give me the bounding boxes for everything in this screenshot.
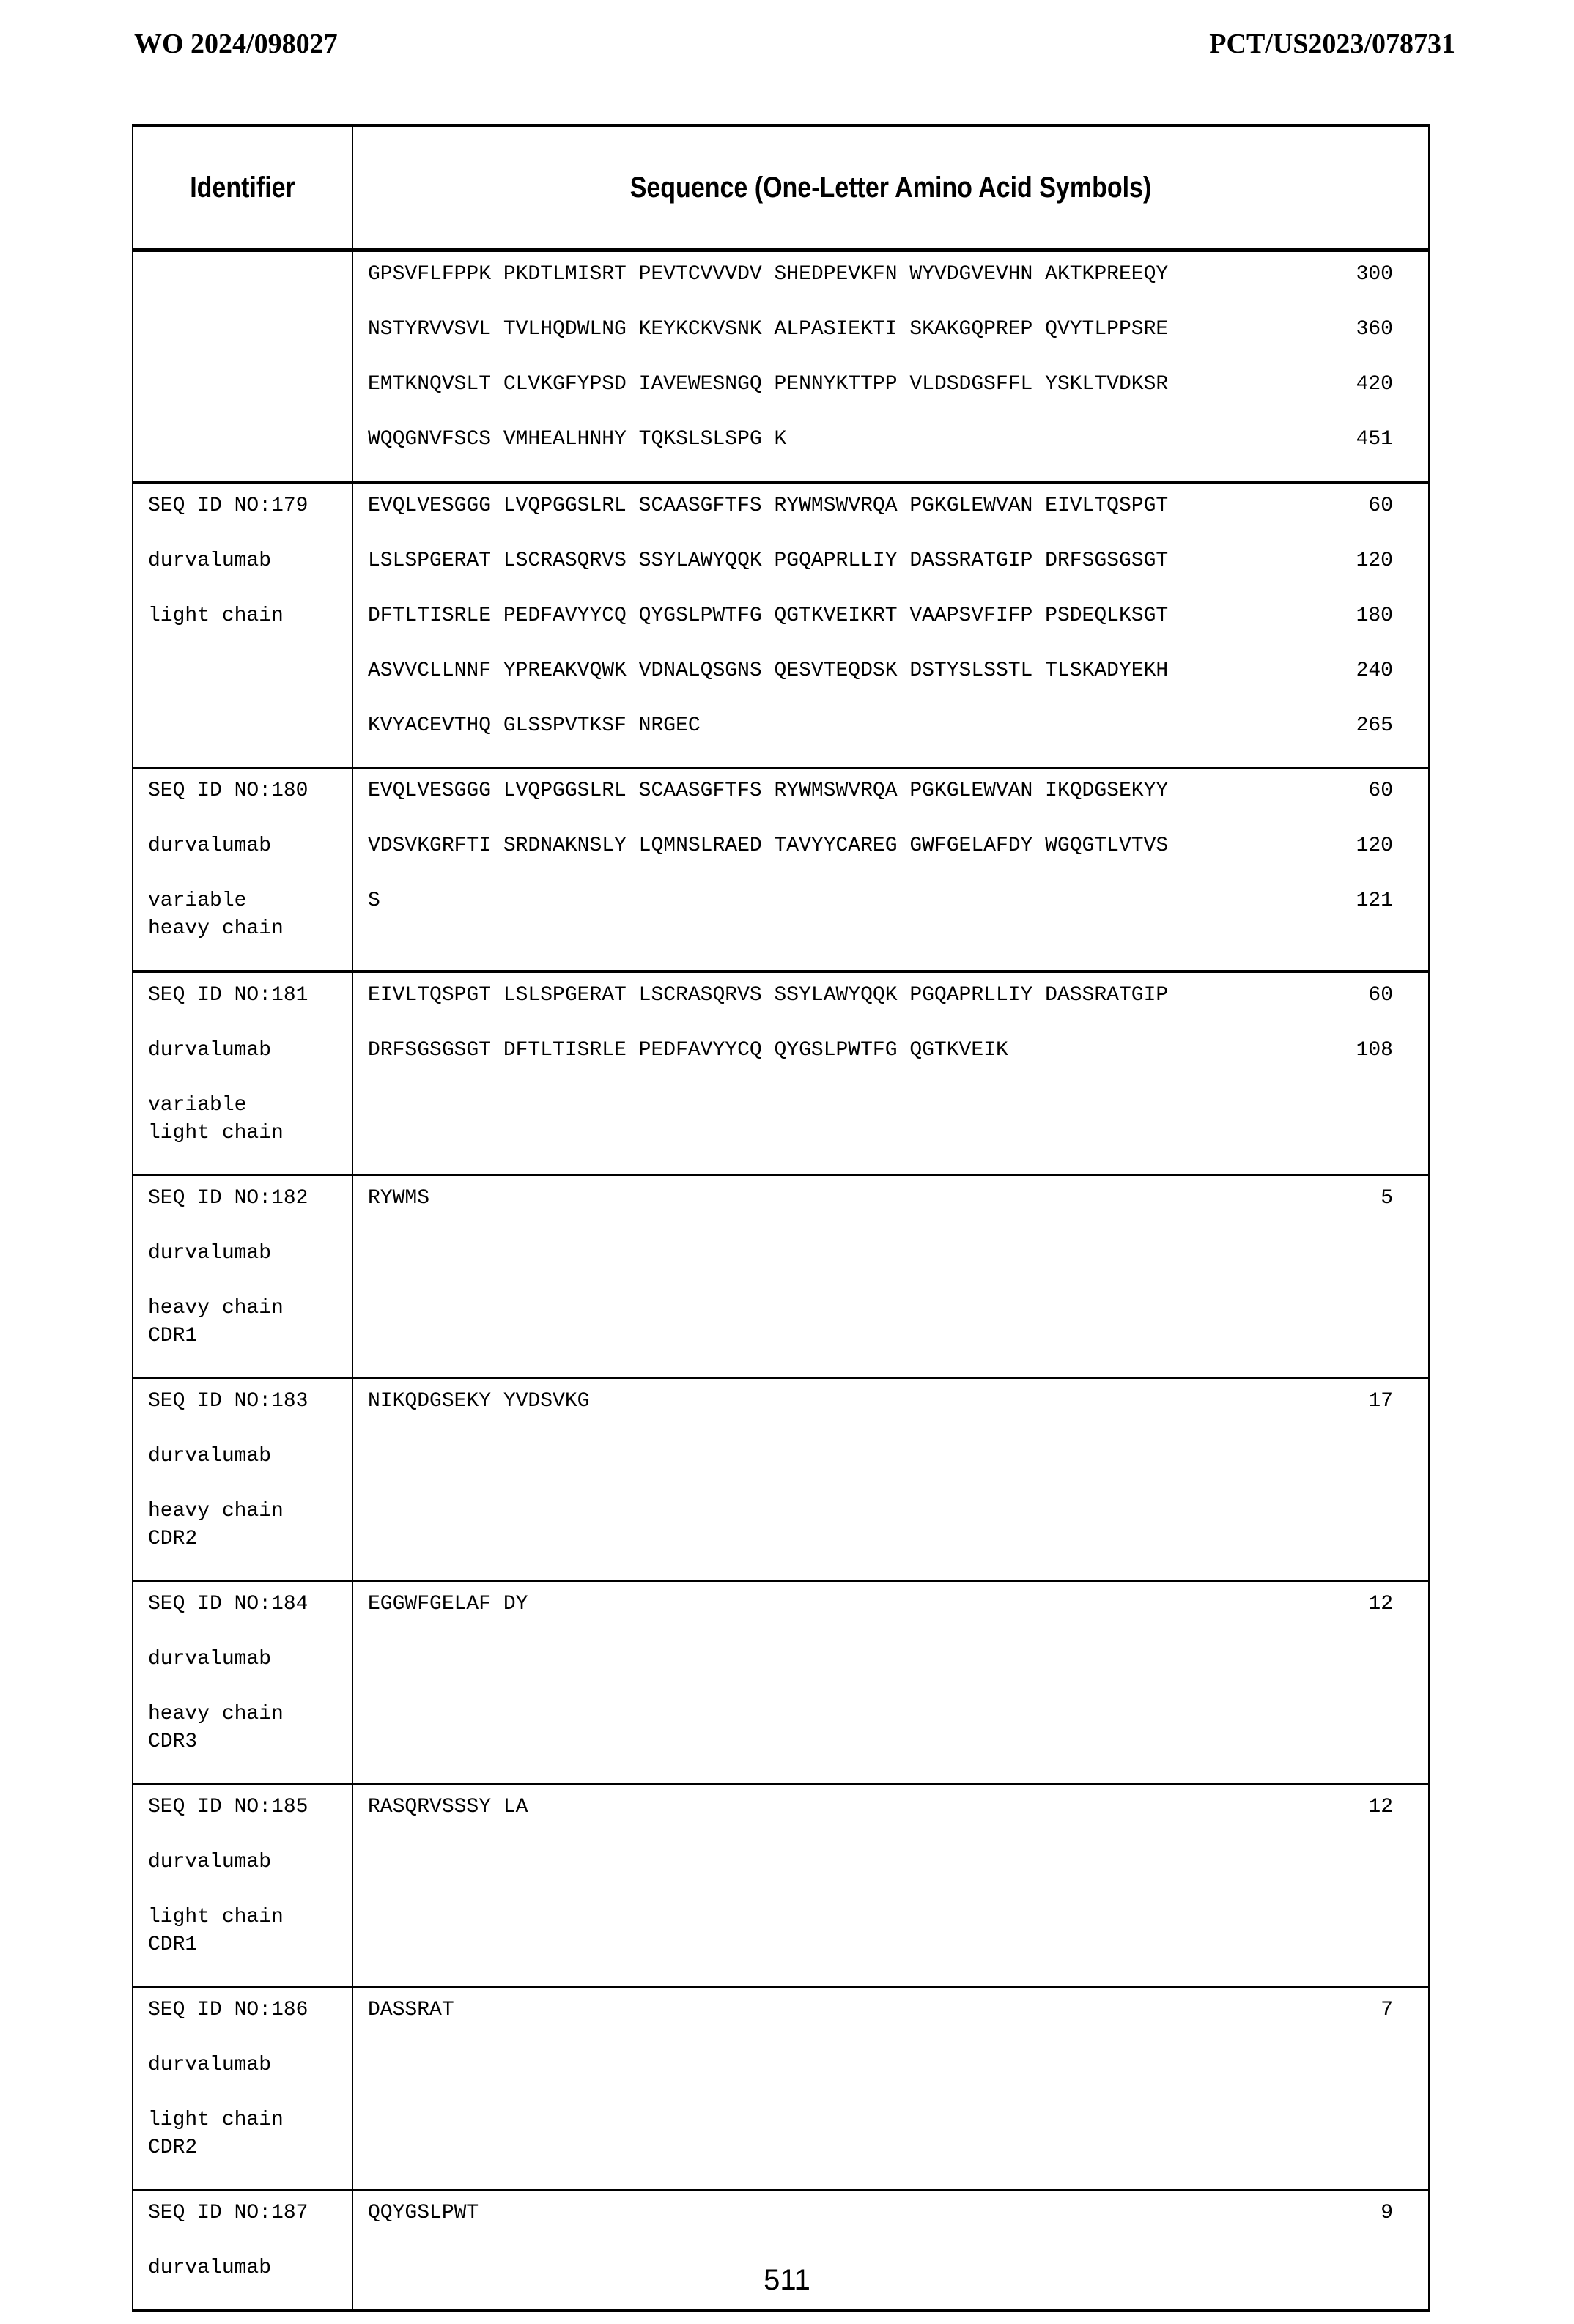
identifier-line: durvalumab bbox=[148, 1646, 352, 1673]
identifier-cell bbox=[133, 251, 352, 483]
sequence-line: GPSVFLFPPK PKDTLMISRT PEVTCVVVDV SHEDPEV… bbox=[368, 261, 1428, 289]
identifier-line: durvalumab bbox=[148, 832, 352, 860]
identifier-line: heavy chain bbox=[148, 1295, 352, 1322]
table-header-row: Identifier Sequence (One-Letter Amino Ac… bbox=[133, 126, 1429, 251]
amino-acid-sequence: GPSVFLFPPK PKDTLMISRT PEVTCVVVDV SHEDPEV… bbox=[368, 261, 1168, 289]
residue-count: 60 bbox=[1368, 982, 1393, 1010]
amino-acid-sequence: EIVLTQSPGT LSLSPGERAT LSCRASQRVS SSYLAWY… bbox=[368, 982, 1168, 1010]
seq-id-label: SEQ ID NO:186 bbox=[148, 1997, 352, 2024]
residue-count: 60 bbox=[1368, 492, 1393, 520]
residue-count: 9 bbox=[1381, 2199, 1393, 2227]
sequence-line: NSTYRVVSVL TVLHQDWLNG KEYKCKVSNK ALPASIE… bbox=[368, 316, 1428, 344]
identifier-line: variable bbox=[148, 1092, 352, 1120]
residue-count: 180 bbox=[1356, 602, 1393, 630]
sequence-line: DRFSGSGSGT DFTLTISRLE PEDFAVYYCQ QYGSLPW… bbox=[368, 1037, 1428, 1065]
column-header-sequence: Sequence (One-Letter Amino Acid Symbols) bbox=[433, 126, 1348, 251]
sequence-cell: RYWMS5 bbox=[352, 1175, 1429, 1378]
residue-count: 17 bbox=[1368, 1388, 1393, 1416]
identifier-cell: SEQ ID NO:182durvalumabheavy chainCDR1 bbox=[133, 1175, 352, 1378]
residue-count: 108 bbox=[1356, 1037, 1393, 1065]
sequence-cell: DASSRAT7 bbox=[352, 1987, 1429, 2190]
sequence-line: KVYACEVTHQ GLSSPVTKSF NRGEC265 bbox=[368, 712, 1428, 740]
identifier-line: durvalumab bbox=[148, 2051, 352, 2079]
identifier-line: durvalumab bbox=[148, 1849, 352, 1876]
identifier-cell: SEQ ID NO:185durvalumablight chainCDR1 bbox=[133, 1784, 352, 1987]
identifier-line: variable bbox=[148, 887, 352, 915]
seq-id-label: SEQ ID NO:179 bbox=[148, 492, 352, 520]
amino-acid-sequence: EVQLVESGGG LVQPGGSLRL SCAASGFTFS RYWMSWV… bbox=[368, 777, 1168, 805]
sequence-line: S121 bbox=[368, 887, 1428, 915]
table-row: SEQ ID NO:183durvalumabheavy chainCDR2NI… bbox=[133, 1378, 1429, 1581]
identifier-cell: SEQ ID NO:183durvalumabheavy chainCDR2 bbox=[133, 1378, 352, 1581]
sequence-line: EIVLTQSPGT LSLSPGERAT LSCRASQRVS SSYLAWY… bbox=[368, 982, 1428, 1010]
amino-acid-sequence: QQYGSLPWT bbox=[368, 2199, 479, 2227]
residue-count: 420 bbox=[1356, 371, 1393, 399]
identifier-cell: SEQ ID NO:186durvalumablight chainCDR2 bbox=[133, 1987, 352, 2190]
identifier-line: light chain bbox=[148, 1120, 352, 1147]
table-row: SEQ ID NO:182durvalumabheavy chainCDR1RY… bbox=[133, 1175, 1429, 1378]
identifier-cell: SEQ ID NO:179durvalumablight chain bbox=[133, 482, 352, 768]
amino-acid-sequence: EMTKNQVSLT CLVKGFYPSD IAVEWESNGQ PENNYKT… bbox=[368, 371, 1168, 399]
sequence-line: ASVVCLLNNF YPREAKVQWK VDNALQSGNS QESVTEQ… bbox=[368, 657, 1428, 685]
seq-id-label: SEQ ID NO:184 bbox=[148, 1591, 352, 1618]
residue-count: 7 bbox=[1381, 1997, 1393, 2024]
residue-count: 12 bbox=[1368, 1591, 1393, 1618]
sequence-cell: EVQLVESGGG LVQPGGSLRL SCAASGFTFS RYWMSWV… bbox=[352, 482, 1429, 768]
sequence-line: EGGWFGELAF DY12 bbox=[368, 1591, 1428, 1618]
sequence-cell: EIVLTQSPGT LSLSPGERAT LSCRASQRVS SSYLAWY… bbox=[352, 972, 1429, 1175]
identifier-line: durvalumab bbox=[148, 1240, 352, 1268]
identifier-cell: SEQ ID NO:180durvalumabvariableheavy cha… bbox=[133, 768, 352, 972]
residue-count: 120 bbox=[1356, 547, 1393, 575]
sequence-line: EMTKNQVSLT CLVKGFYPSD IAVEWESNGQ PENNYKT… bbox=[368, 371, 1428, 399]
seq-id-label: SEQ ID NO:187 bbox=[148, 2199, 352, 2227]
sequence-cell: RASQRVSSSY LA12 bbox=[352, 1784, 1429, 1987]
identifier-line: light chain bbox=[148, 602, 352, 630]
table-row: SEQ ID NO:181durvalumabvariablelight cha… bbox=[133, 972, 1429, 1175]
sequence-line: RASQRVSSSY LA12 bbox=[368, 1794, 1428, 1821]
identifier-line: durvalumab bbox=[148, 1443, 352, 1470]
amino-acid-sequence: S bbox=[368, 887, 380, 915]
identifier-cell: SEQ ID NO:184durvalumabheavy chainCDR3 bbox=[133, 1581, 352, 1784]
amino-acid-sequence: DRFSGSGSGT DFTLTISRLE PEDFAVYYCQ QYGSLPW… bbox=[368, 1037, 1008, 1065]
identifier-cell: SEQ ID NO:181durvalumabvariablelight cha… bbox=[133, 972, 352, 1175]
amino-acid-sequence: EVQLVESGGG LVQPGGSLRL SCAASGFTFS RYWMSWV… bbox=[368, 492, 1168, 520]
seq-id-label: SEQ ID NO:182 bbox=[148, 1185, 352, 1213]
sequence-line: VDSVKGRFTI SRDNAKNSLY LQMNSLRAED TAVYYCA… bbox=[368, 832, 1428, 860]
residue-count: 12 bbox=[1368, 1794, 1393, 1821]
residue-count: 240 bbox=[1356, 657, 1393, 685]
sequence-line: NIKQDGSEKY YVDSVKG17 bbox=[368, 1388, 1428, 1416]
amino-acid-sequence: EGGWFGELAF DY bbox=[368, 1591, 528, 1618]
table-row: SEQ ID NO:186durvalumablight chainCDR2DA… bbox=[133, 1987, 1429, 2190]
sequence-cell: EVQLVESGGG LVQPGGSLRL SCAASGFTFS RYWMSWV… bbox=[352, 768, 1429, 972]
amino-acid-sequence: LSLSPGERAT LSCRASQRVS SSYLAWYQQK PGQAPRL… bbox=[368, 547, 1168, 575]
identifier-line: CDR1 bbox=[148, 1931, 352, 1959]
identifier-line: light chain bbox=[148, 2106, 352, 2134]
residue-count: 121 bbox=[1356, 887, 1393, 915]
amino-acid-sequence: RASQRVSSSY LA bbox=[368, 1794, 528, 1821]
identifier-line: heavy chain bbox=[148, 915, 352, 943]
sequence-line: LSLSPGERAT LSCRASQRVS SSYLAWYQQK PGQAPRL… bbox=[368, 547, 1428, 575]
identifier-line: heavy chain bbox=[148, 1498, 352, 1525]
table-row: SEQ ID NO:185durvalumablight chainCDR1RA… bbox=[133, 1784, 1429, 1987]
sequence-cell: GPSVFLFPPK PKDTLMISRT PEVTCVVVDV SHEDPEV… bbox=[352, 251, 1429, 483]
table-row: GPSVFLFPPK PKDTLMISRT PEVTCVVVDV SHEDPEV… bbox=[133, 251, 1429, 483]
sequence-line: RYWMS5 bbox=[368, 1185, 1428, 1213]
sequence-line: QQYGSLPWT9 bbox=[368, 2199, 1428, 2227]
sequence-table: Identifier Sequence (One-Letter Amino Ac… bbox=[132, 124, 1430, 2312]
seq-id-label: SEQ ID NO:183 bbox=[148, 1388, 352, 1416]
identifier-line: CDR2 bbox=[148, 1525, 352, 1553]
residue-count: 360 bbox=[1356, 316, 1393, 344]
amino-acid-sequence: DFTLTISRLE PEDFAVYYCQ QYGSLPWTFG QGTKVEI… bbox=[368, 602, 1168, 630]
publication-number: WO 2024/098027 bbox=[134, 28, 338, 60]
identifier-line: durvalumab bbox=[148, 1037, 352, 1065]
sequence-line: DASSRAT7 bbox=[368, 1997, 1428, 2024]
page-number: 511 bbox=[0, 2264, 1574, 2297]
identifier-line: CDR1 bbox=[148, 1322, 352, 1350]
sequence-line: EVQLVESGGG LVQPGGSLRL SCAASGFTFS RYWMSWV… bbox=[368, 492, 1428, 520]
sequence-line: WQQGNVFSCS VMHEALHNHY TQKSLSLSPG K451 bbox=[368, 426, 1428, 454]
amino-acid-sequence: ASVVCLLNNF YPREAKVQWK VDNALQSGNS QESVTEQ… bbox=[368, 657, 1168, 685]
seq-id-label: SEQ ID NO:180 bbox=[148, 777, 352, 805]
table-row: SEQ ID NO:179durvalumablight chainEVQLVE… bbox=[133, 482, 1429, 768]
residue-count: 451 bbox=[1356, 426, 1393, 454]
seq-id-label: SEQ ID NO:185 bbox=[148, 1794, 352, 1821]
identifier-line: heavy chain bbox=[148, 1701, 352, 1728]
amino-acid-sequence: NSTYRVVSVL TVLHQDWLNG KEYKCKVSNK ALPASIE… bbox=[368, 316, 1168, 344]
identifier-line: durvalumab bbox=[148, 547, 352, 575]
identifier-line: light chain bbox=[148, 1903, 352, 1931]
sequence-cell: NIKQDGSEKY YVDSVKG17 bbox=[352, 1378, 1429, 1581]
residue-count: 265 bbox=[1356, 712, 1393, 740]
sequence-line: EVQLVESGGG LVQPGGSLRL SCAASGFTFS RYWMSWV… bbox=[368, 777, 1428, 805]
sequence-cell: EGGWFGELAF DY12 bbox=[352, 1581, 1429, 1784]
identifier-line: CDR2 bbox=[148, 2134, 352, 2162]
application-number: PCT/US2023/078731 bbox=[1209, 28, 1455, 60]
table-row: SEQ ID NO:180durvalumabvariableheavy cha… bbox=[133, 768, 1429, 972]
amino-acid-sequence: KVYACEVTHQ GLSSPVTKSF NRGEC bbox=[368, 712, 701, 740]
residue-count: 300 bbox=[1356, 261, 1393, 289]
sequence-line: DFTLTISRLE PEDFAVYYCQ QYGSLPWTFG QGTKVEI… bbox=[368, 602, 1428, 630]
identifier-line: CDR3 bbox=[148, 1728, 352, 1756]
residue-count: 120 bbox=[1356, 832, 1393, 860]
amino-acid-sequence: VDSVKGRFTI SRDNAKNSLY LQMNSLRAED TAVYYCA… bbox=[368, 832, 1168, 860]
residue-count: 5 bbox=[1381, 1185, 1393, 1213]
amino-acid-sequence: RYWMS bbox=[368, 1185, 429, 1213]
amino-acid-sequence: NIKQDGSEKY YVDSVKG bbox=[368, 1388, 589, 1416]
table-row: SEQ ID NO:184durvalumabheavy chainCDR3EG… bbox=[133, 1581, 1429, 1784]
residue-count: 60 bbox=[1368, 777, 1393, 805]
amino-acid-sequence: WQQGNVFSCS VMHEALHNHY TQKSLSLSPG K bbox=[368, 426, 786, 454]
column-header-identifier: Identifier bbox=[149, 126, 336, 251]
seq-id-label: SEQ ID NO:181 bbox=[148, 982, 352, 1010]
table-body: GPSVFLFPPK PKDTLMISRT PEVTCVVVDV SHEDPEV… bbox=[133, 251, 1429, 2312]
amino-acid-sequence: DASSRAT bbox=[368, 1997, 454, 2024]
